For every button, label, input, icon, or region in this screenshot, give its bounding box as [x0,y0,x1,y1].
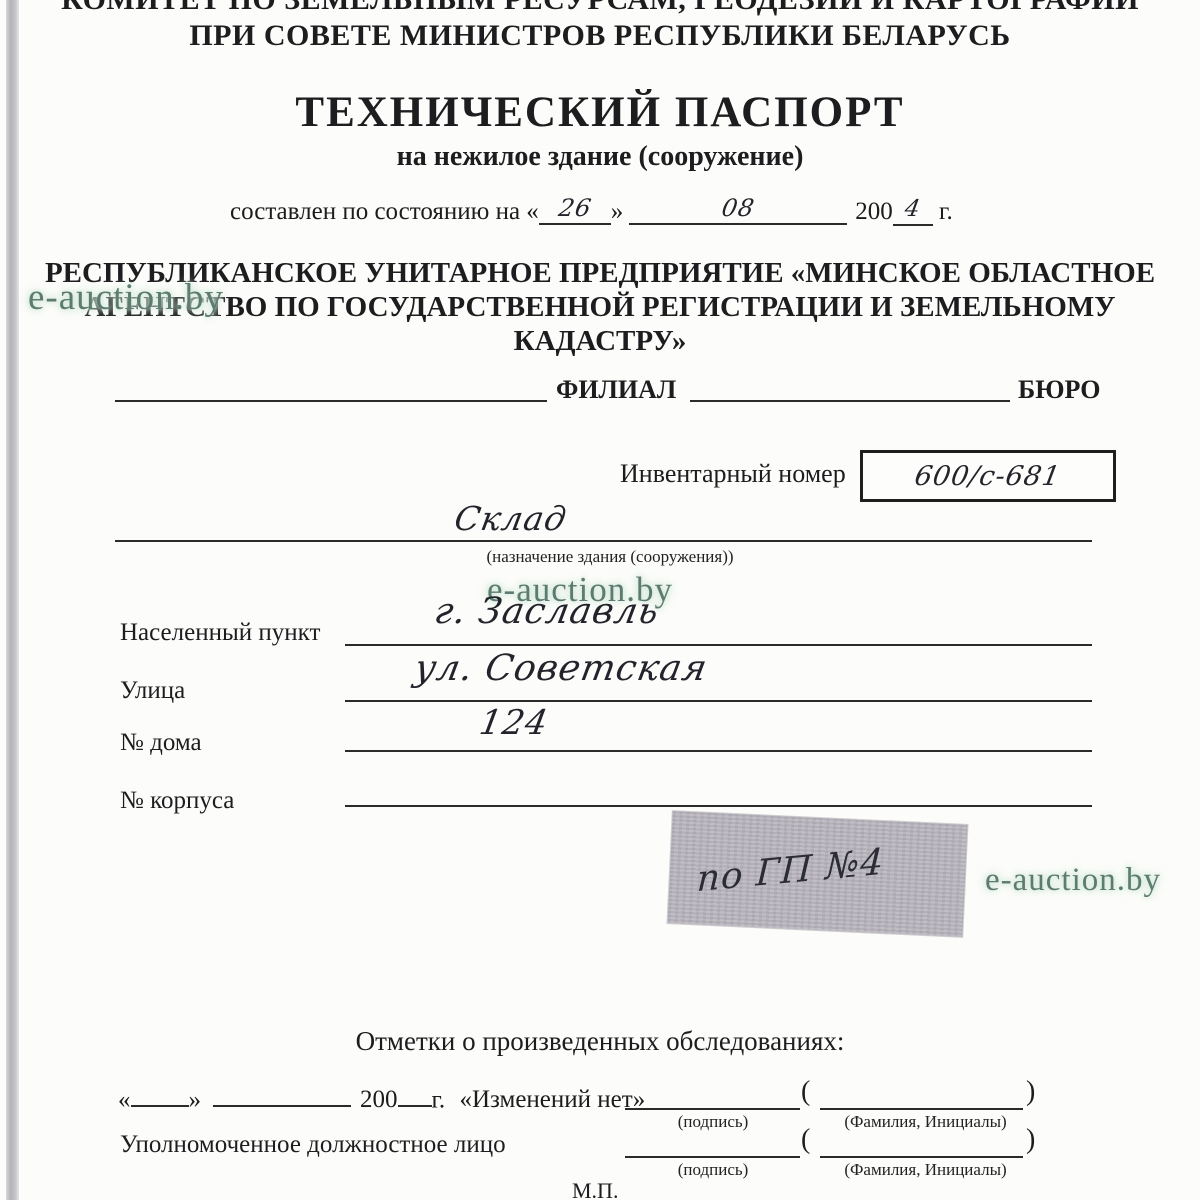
pasted-stamp-patch: по ГП №4 [668,811,968,937]
filial-blank-line [115,372,547,402]
seal-place-abbr: М.П. [572,1178,618,1200]
building-number-label: № корпуса [120,787,234,815]
year-blank: 4 [893,198,933,226]
year-suffix: г. [939,198,953,225]
scanned-document-page: КОМИТЕТ ПО ЗЕМЕЛЬНЫМ РЕСУРСАМ, ГЕОДЕЗИИ … [0,0,1200,1200]
buro-blank-line [690,372,1010,402]
year-digit-handwritten: 4 [903,196,923,222]
purpose-caption: (назначение здания (сооружения)) [420,547,800,567]
day-value-handwritten: 26 [556,194,593,222]
paren-open-2: ( [801,1124,810,1156]
filial-label: ФИЛИАЛ [556,375,676,405]
day-blank: 26 [539,197,611,225]
survey-year-blank [398,1079,432,1107]
close-quote: » [611,198,624,225]
document-subtitle: на нежилое здание (сооружение) [0,141,1200,173]
purpose-blank-line [115,512,1092,542]
month-blank: 08 [629,197,847,225]
survey-date-line: «»200г. «Изменений нет» [118,1079,645,1114]
name-caption-2: (Фамилия, Инициалы) [833,1160,1018,1180]
survey-close-quote: » [189,1086,202,1113]
name-blank-line-2 [820,1130,1023,1158]
official-label: Уполномоченное должностное лицо [120,1131,506,1159]
century-text: 200 [855,198,893,225]
ministry-name-line: ПРИ СОВЕТЕ МИНИСТРОВ РЕСПУБЛИКИ БЕЛАРУСЬ [0,19,1200,53]
surveys-heading: Отметки о произведенных обследованиях: [0,1026,1200,1057]
house-number-blank-line [345,722,1092,752]
watermark-top-left: e-auction.by [28,276,224,319]
survey-century-text: 200 [360,1086,398,1113]
organization-name-line-3: КАДАСТРУ» [0,324,1200,358]
paren-close-1: ) [1026,1076,1035,1108]
inventory-number-value-handwritten: 600/с-681 [913,461,1064,492]
name-blank-line-1 [820,1082,1023,1110]
scan-edge-shadow [6,0,19,1200]
open-quote: « [526,198,539,225]
compiled-date-line: составлен по состоянию на «26»082004 г. [230,197,953,226]
survey-year-suffix: г. [432,1086,446,1113]
building-number-blank-line [345,777,1092,807]
survey-open-quote: « [118,1086,131,1113]
buro-label: БЮРО [1018,375,1100,405]
inventory-number-label: Инвентарный номер [620,459,846,489]
stamp-note-handwritten: по ГП №4 [696,834,966,900]
name-caption-1: (Фамилия, Инициалы) [833,1112,1018,1132]
survey-day-blank [131,1079,189,1107]
no-changes-text: «Изменений нет» [459,1086,645,1113]
settlement-label: Населенный пункт [120,619,320,647]
paren-close-2: ) [1026,1124,1035,1156]
street-label: Улица [120,677,185,705]
month-value-handwritten: 08 [720,194,757,222]
committee-name-line: КОМИТЕТ ПО ЗЕМЕЛЬНЫМ РЕСУРСАМ, ГЕОДЕЗИИ … [0,0,1200,17]
paren-open-1: ( [801,1076,810,1108]
signature-blank-line-2 [625,1130,800,1158]
watermark-right: e-auction.by [985,862,1161,899]
signature-caption-1: (подпись) [648,1112,778,1132]
settlement-blank-line [345,616,1092,646]
signature-blank-line-1 [625,1082,800,1110]
street-blank-line [345,672,1092,702]
survey-month-blank [213,1079,351,1107]
inventory-number-box: 600/с-681 [860,450,1116,502]
document-title: ТЕХНИЧЕСКИЙ ПАСПОРТ [0,88,1200,137]
compiled-prefix: составлен по состоянию на [230,198,520,225]
house-number-label: № дома [120,729,202,757]
signature-caption-2: (подпись) [648,1160,778,1180]
